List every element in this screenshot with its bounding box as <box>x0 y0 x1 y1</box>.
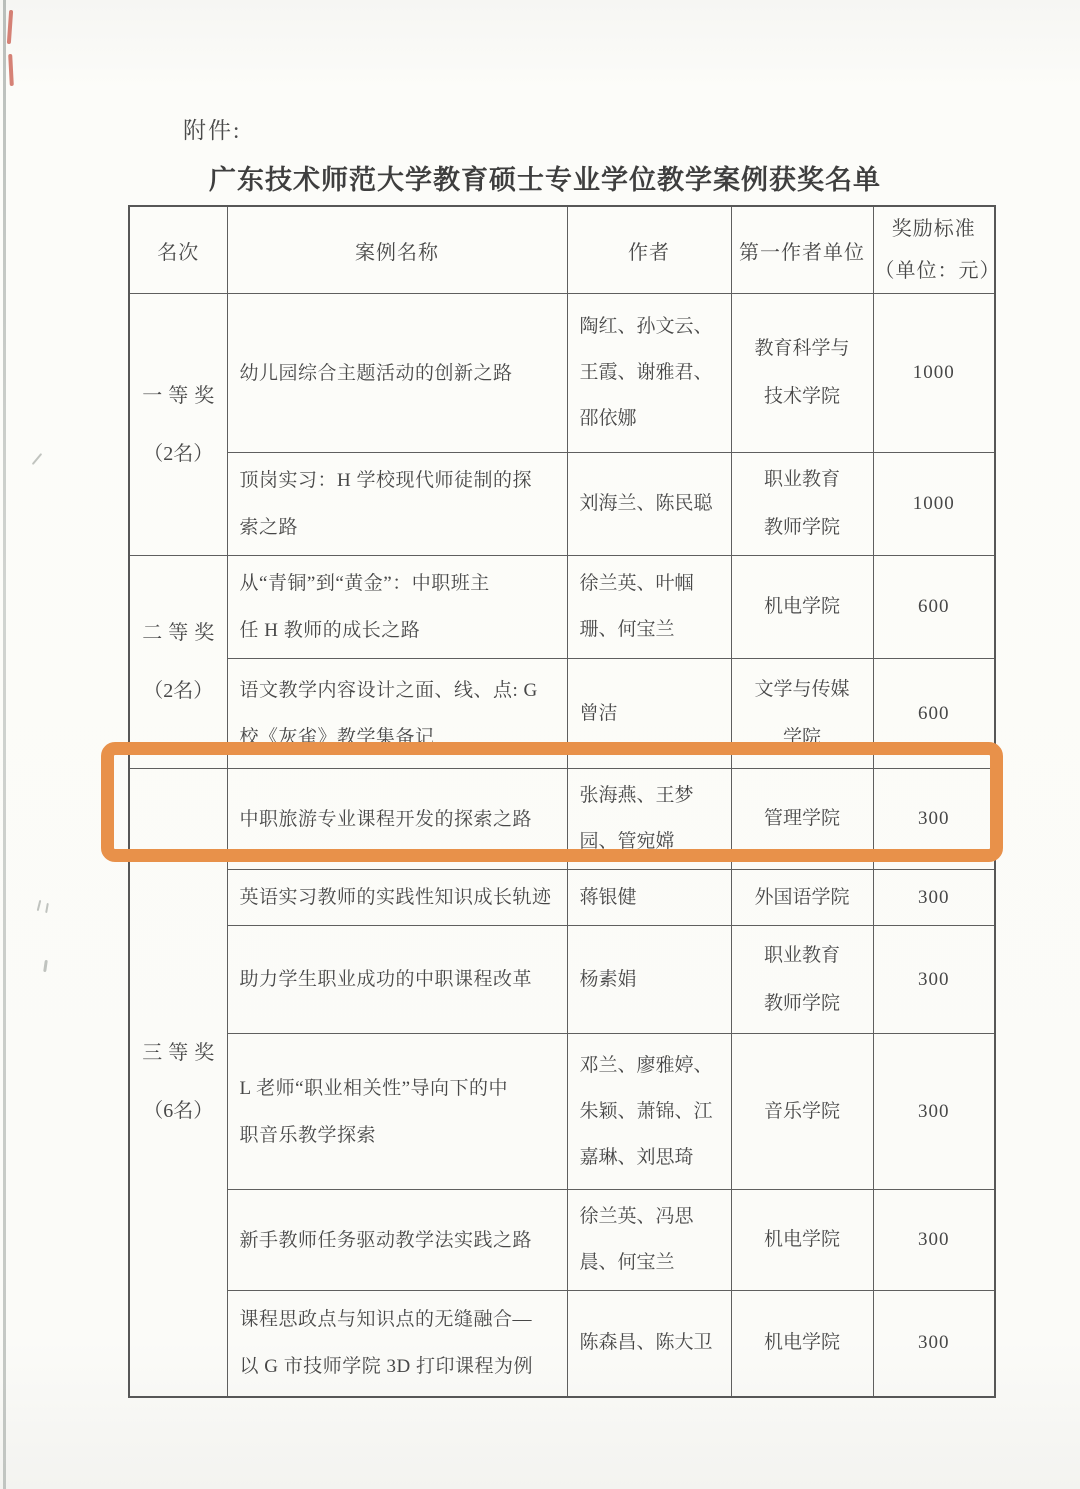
unit-cell: 外国语学院 <box>731 870 873 926</box>
unit-cell: 音乐学院 <box>731 1034 873 1190</box>
table-row: 二等奖 （2名） 从“青铜”到“黄金”：中职班主 任 H 教师的成长之路 徐兰英… <box>129 556 995 659</box>
unit-cell: 机电学院 <box>731 1190 873 1291</box>
scan-smudge <box>43 960 48 972</box>
table-row: 课程思政点与知识点的无缝融合— 以 G 市技师学院 3D 打印课程为例 陈森昌、… <box>129 1291 995 1397</box>
case-name-cell: L 老师“职业相关性”导向下的中 职音乐教学探索 <box>227 1034 567 1190</box>
case-name-cell: 新手教师任务驱动教学法实践之路 <box>227 1190 567 1291</box>
rank-count: （2名） <box>131 425 226 483</box>
rank-label: 一等奖 <box>131 367 226 425</box>
reward-header-line2: （单位：元） <box>875 250 994 292</box>
red-pen-mark <box>7 10 13 44</box>
table-row: L 老师“职业相关性”导向下的中 职音乐教学探索 邓兰、廖雅婷、 朱颖、萧锦、江… <box>129 1034 995 1190</box>
authors-cell: 杨素娟 <box>567 926 731 1034</box>
scan-smudge <box>32 453 43 465</box>
highlight-box <box>101 742 1003 862</box>
rank-cell-third-prize: 三等奖 （6名） <box>129 769 227 1397</box>
rank-cell-first-prize: 一等奖 （2名） <box>129 294 227 556</box>
authors-cell: 刘海兰、陈民聪 <box>567 453 731 556</box>
rank-label: 二等奖 <box>131 604 226 662</box>
authors-cell: 蒋银健 <box>567 870 731 926</box>
authors-cell: 徐兰英、冯思 晨、何宝兰 <box>567 1190 731 1291</box>
unit-cell: 机电学院 <box>731 556 873 659</box>
case-name-cell: 顶岗实习：H 学校现代师徒制的探 索之路 <box>227 453 567 556</box>
document-title: 广东技术师范大学教育硕士专业学位教学案例获奖名单 <box>150 158 940 197</box>
authors-cell: 陈森昌、陈大卫 <box>567 1291 731 1397</box>
authors-cell: 陶红、孙文云、 王霞、谢雅君、 邵依娜 <box>567 294 731 453</box>
unit-cell: 职业教育 教师学院 <box>731 926 873 1034</box>
table-row: 一等奖 （2名） 幼儿园综合主题活动的创新之路 陶红、孙文云、 王霞、谢雅君、 … <box>129 294 995 453</box>
authors-cell: 邓兰、廖雅婷、 朱颖、萧锦、江 嘉琳、刘思琦 <box>567 1034 731 1190</box>
rank-cell-second-prize: 二等奖 （2名） <box>129 556 227 769</box>
authors-cell: 徐兰英、叶帼 珊、何宝兰 <box>567 556 731 659</box>
col-header-reward: 奖励标准 （单位：元） <box>873 206 995 294</box>
table-row: 新手教师任务驱动教学法实践之路 徐兰英、冯思 晨、何宝兰 机电学院 300 <box>129 1190 995 1291</box>
rank-label: 三等奖 <box>131 1024 226 1082</box>
case-name-cell: 幼儿园综合主题活动的创新之路 <box>227 294 567 453</box>
case-name-cell: 课程思政点与知识点的无缝融合— 以 G 市技师学院 3D 打印课程为例 <box>227 1291 567 1397</box>
col-header-unit: 第一作者单位 <box>731 206 873 294</box>
unit-cell: 机电学院 <box>731 1291 873 1397</box>
red-pen-mark <box>8 54 14 86</box>
reward-cell: 1000 <box>873 453 995 556</box>
case-name-cell: 助力学生职业成功的中职课程改革 <box>227 926 567 1034</box>
scan-edge-line <box>3 0 6 1489</box>
reward-cell: 600 <box>873 556 995 659</box>
table-header-row: 名次 案例名称 作者 第一作者单位 奖励标准 （单位：元） <box>129 206 995 294</box>
table-row: 顶岗实习：H 学校现代师徒制的探 索之路 刘海兰、陈民聪 职业教育 教师学院 1… <box>129 453 995 556</box>
col-header-rank: 名次 <box>129 206 227 294</box>
reward-header-line1: 奖励标准 <box>875 208 994 250</box>
scan-smudge <box>45 903 49 913</box>
reward-cell: 300 <box>873 1034 995 1190</box>
attachment-label: 附件: <box>183 112 241 145</box>
rank-count: （6名） <box>131 1082 226 1140</box>
reward-cell: 300 <box>873 870 995 926</box>
col-header-authors: 作者 <box>567 206 731 294</box>
reward-cell: 300 <box>873 1190 995 1291</box>
reward-cell: 1000 <box>873 294 995 453</box>
reward-cell: 300 <box>873 1291 995 1397</box>
rank-count: （2名） <box>131 662 226 720</box>
unit-cell: 职业教育 教师学院 <box>731 453 873 556</box>
case-name-cell: 英语实习教师的实践性知识成长轨迹 <box>227 870 567 926</box>
col-header-case: 案例名称 <box>227 206 567 294</box>
scan-smudge <box>37 900 42 911</box>
unit-cell: 教育科学与 技术学院 <box>731 294 873 453</box>
table-row: 英语实习教师的实践性知识成长轨迹 蒋银健 外国语学院 300 <box>129 870 995 926</box>
case-name-cell: 从“青铜”到“黄金”：中职班主 任 H 教师的成长之路 <box>227 556 567 659</box>
reward-cell: 300 <box>873 926 995 1034</box>
table-row: 助力学生职业成功的中职课程改革 杨素娟 职业教育 教师学院 300 <box>129 926 995 1034</box>
